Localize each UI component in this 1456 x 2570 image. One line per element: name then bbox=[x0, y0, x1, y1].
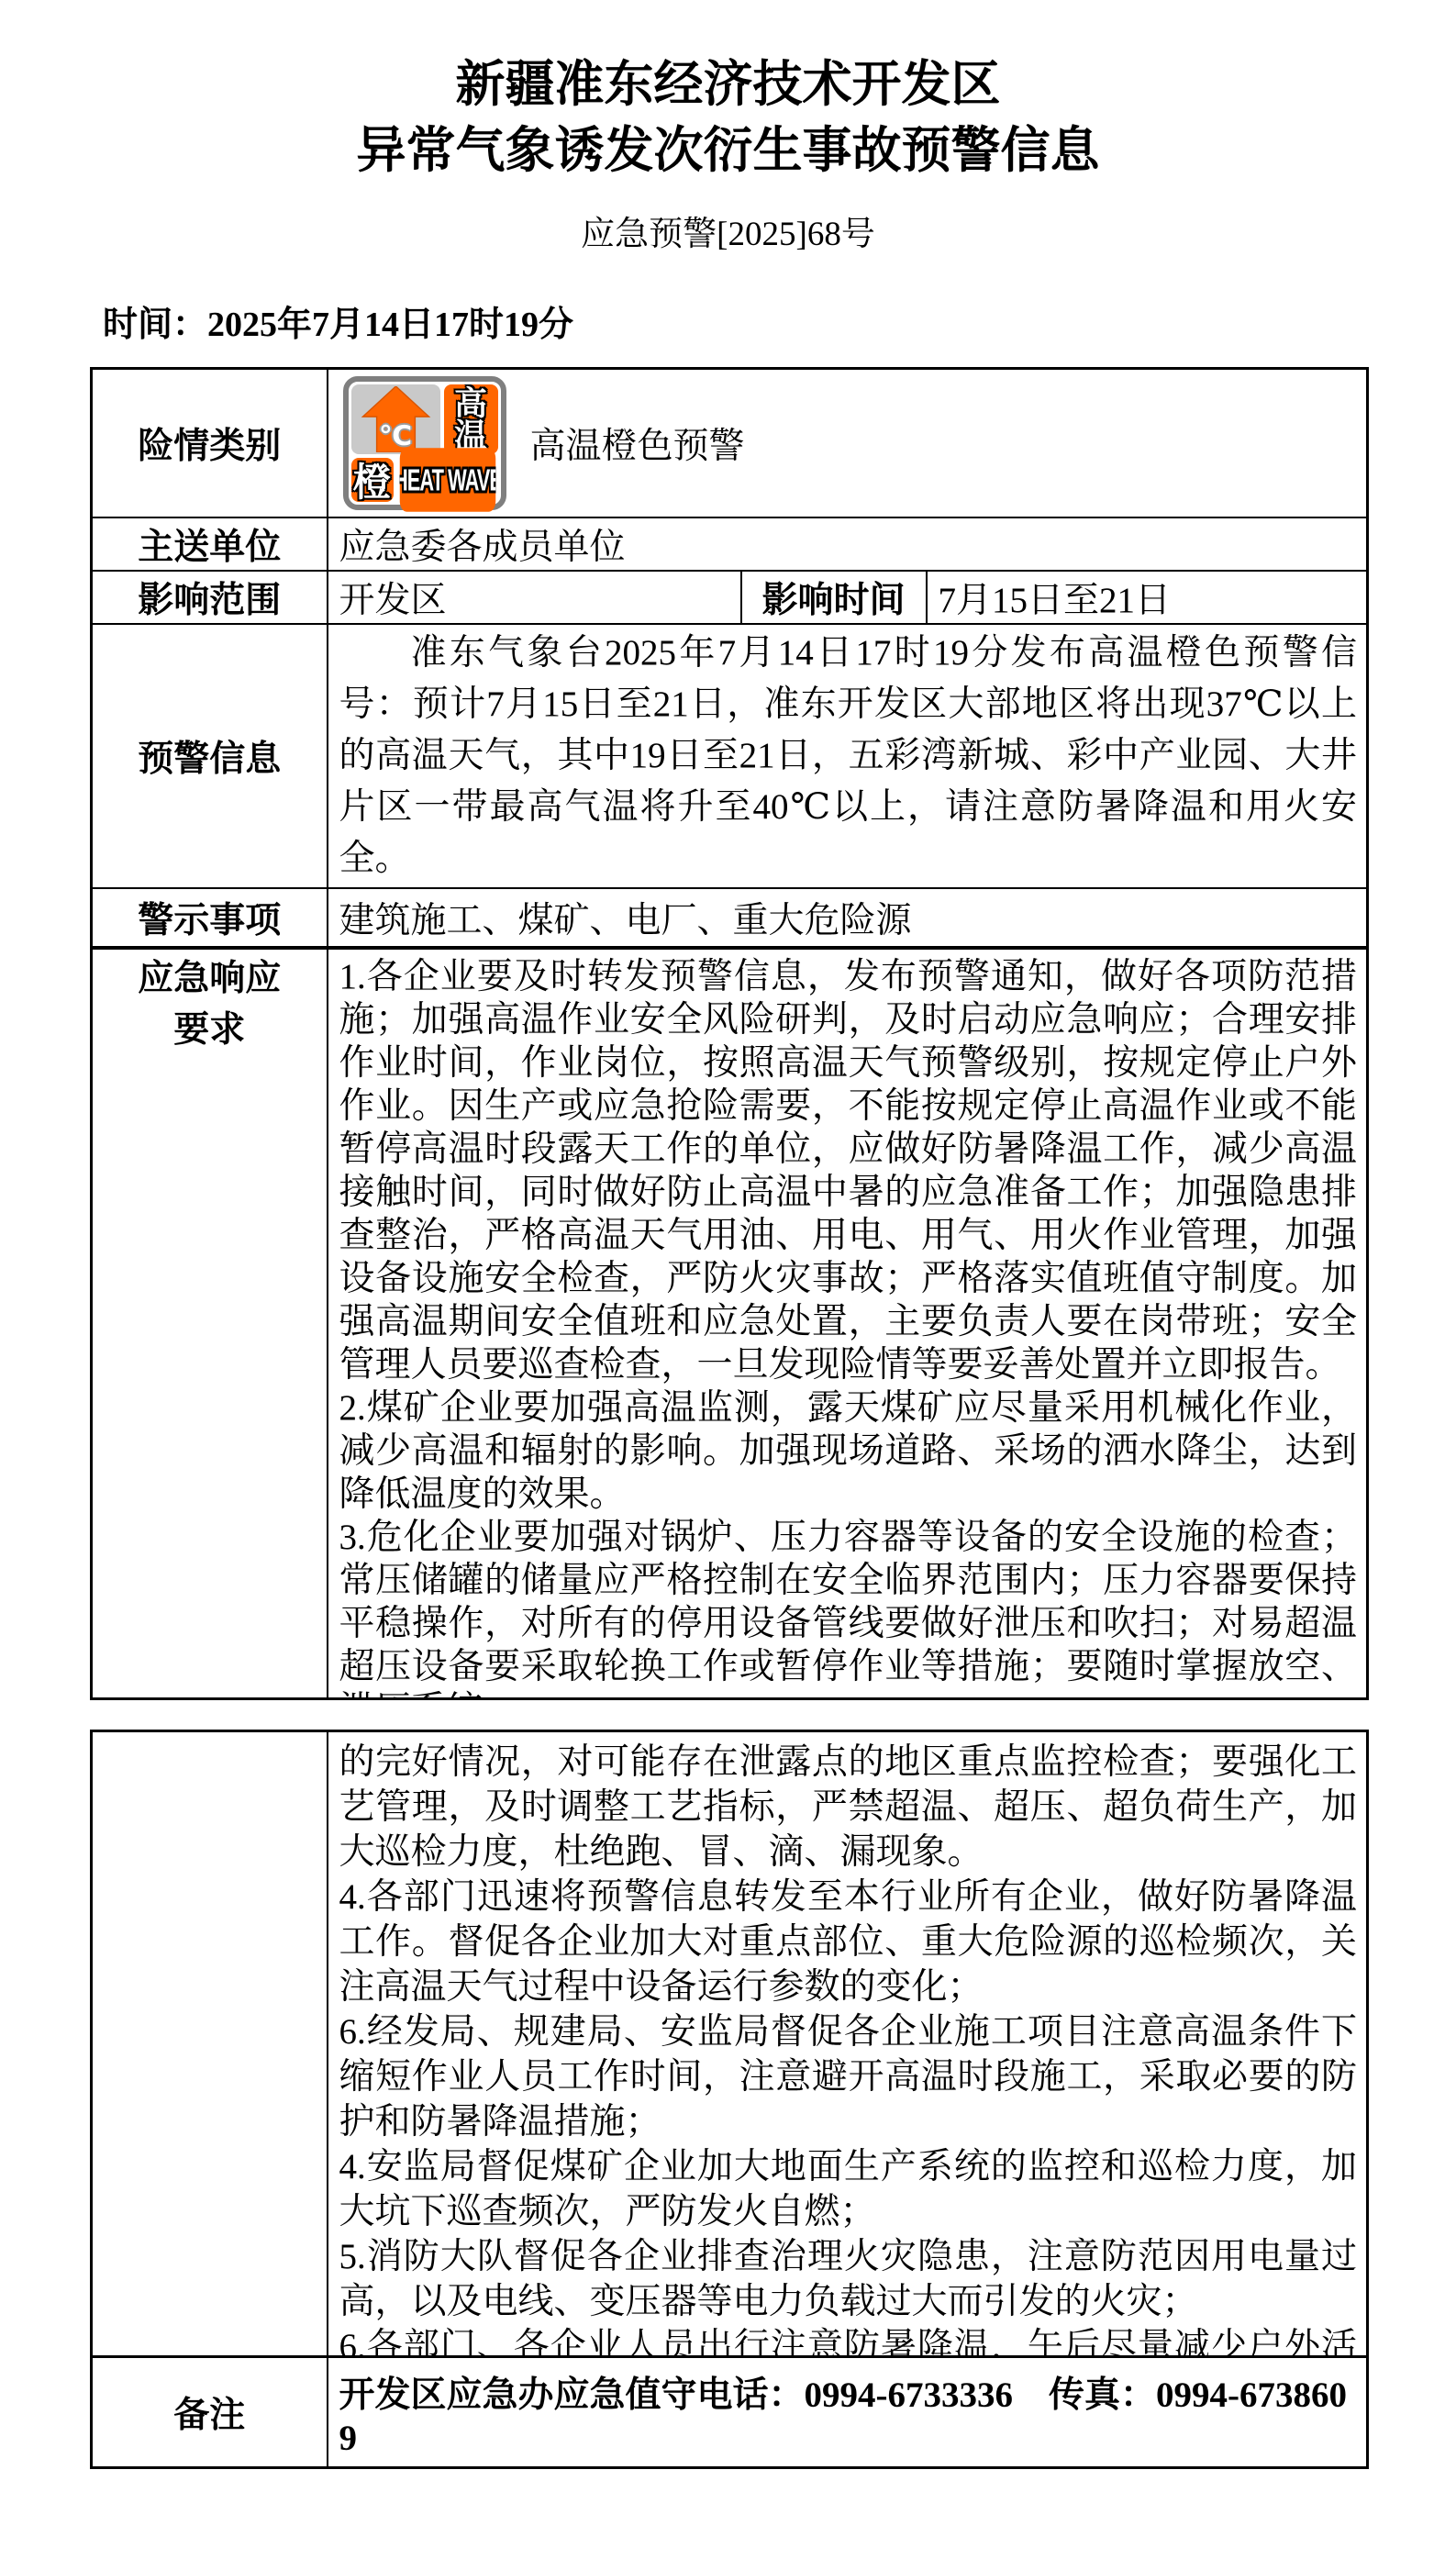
document-page: 新疆准东经济技术开发区 异常气象诱发次衍生事故预警信息 应急预警[2025]68… bbox=[0, 0, 1456, 2469]
paragraph: 6.经发局、规建局、安监局督促各企业施工项目注意高温条件下缩短作业人员工作时间，… bbox=[339, 2009, 1358, 2144]
heat-arrow-icon: ℃ bbox=[351, 384, 440, 454]
warning-items-label: 警示事项 bbox=[92, 888, 328, 948]
response-label-line2: 要求 bbox=[96, 1001, 323, 1052]
paragraph: 2.煤矿企业要加强高温监测，露天煤矿应尽量采用机械化作业，减少高温和辐射的影响。… bbox=[339, 1386, 1358, 1516]
paragraph: 准东气象台2025年7月14日17时19分发布高温橙色预警信号：预计7月15日至… bbox=[339, 628, 1358, 884]
heat-wave-orange-warning-icon: ℃ 高 温 橙 HEAT WAVE bbox=[343, 376, 506, 510]
page-title-line2: 异常气象诱发次衍生事故预警信息 bbox=[90, 117, 1366, 184]
warning-info-label: 预警信息 bbox=[92, 624, 328, 888]
issue-time-label: 时间： bbox=[103, 306, 207, 344]
remark-value: 开发区应急办应急值守电话：0994-6733336 传真：0994-673860… bbox=[328, 2357, 1368, 2468]
recipients-label: 主送单位 bbox=[92, 517, 328, 571]
paragraph: 4.各部门迅速将预警信息转发至本行业所有企业，做好防暑降温工作。督促各企业加大对… bbox=[339, 1875, 1358, 2009]
table-row-remark: 备注 开发区应急办应急值守电话：0994-6733336 传真：0994-673… bbox=[92, 2357, 1368, 2468]
response-text: 1.各企业要及时转发预警信息，发布预警通知，做好各项防范措施；加强高温作业安全风… bbox=[339, 950, 1358, 1694]
page-title-line1: 新疆准东经济技术开发区 bbox=[90, 51, 1366, 117]
table-row-response-continuation: 的完好情况，对可能存在泄露点的地区重点监控检查；要强化工艺管理，及时调整工艺指标… bbox=[92, 1731, 1368, 2357]
continuation-text: 的完好情况，对可能存在泄露点的地区重点监控检查；要强化工艺管理，及时调整工艺指标… bbox=[339, 1732, 1358, 2354]
response-label-line1: 应急响应 bbox=[96, 950, 323, 1001]
response-label: 应急响应 要求 bbox=[92, 948, 328, 1699]
response-cell: 1.各企业要及时转发预警信息，发布预警通知，做好各项防范措施；加强高温作业安全风… bbox=[328, 948, 1368, 1699]
risk-type-value-cell: ℃ 高 温 橙 HEAT WAVE bbox=[328, 369, 1368, 518]
warning-info-text: 准东气象台2025年7月14日17时19分发布高温橙色预警信号：预计7月15日至… bbox=[339, 628, 1358, 884]
paragraph: 5.消防大队督促各企业排查治理火灾隐患，注意防范因用电量过高，以及电线、变压器等… bbox=[339, 2234, 1358, 2324]
risk-type-value: 高温橙色预警 bbox=[530, 417, 745, 469]
remark-label: 备注 bbox=[92, 2357, 328, 2468]
heat-wave-english-text: HEAT WAVE bbox=[399, 448, 495, 512]
temperature-symbol: ℃ bbox=[379, 423, 412, 451]
issue-time: 时间：2025年7月14日17时19分 bbox=[103, 303, 1366, 347]
continuation-empty-label bbox=[92, 1731, 328, 2357]
paragraph: 1.各企业要及时转发预警信息，发布预警通知，做好各项防范措施；加强高温作业安全风… bbox=[339, 955, 1358, 1386]
recipients-value: 应急委各成员单位 bbox=[328, 517, 1368, 571]
table-row-recipients: 主送单位 应急委各成员单位 bbox=[92, 517, 1368, 571]
orange-level-char: 橙 bbox=[351, 458, 394, 502]
paragraph: 6.各部门、各企业人员出行注意防暑降温，午后尽量减少户外活动。 bbox=[339, 2324, 1358, 2357]
area-label: 影响范围 bbox=[92, 571, 328, 624]
table-row-warning-info: 预警信息 准东气象台2025年7月14日17时19分发布高温橙色预警信号：预计7… bbox=[92, 624, 1368, 888]
paragraph: 的完好情况，对可能存在泄露点的地区重点监控检查；要强化工艺管理，及时调整工艺指标… bbox=[339, 1740, 1358, 1875]
table-row-risk-type: 险情类别 ℃ 高 温 bbox=[92, 369, 1368, 518]
area-value: 开发区 bbox=[328, 571, 741, 624]
table-row-warning-items: 警示事项 建筑施工、煤矿、电厂、重大危险源 bbox=[92, 888, 1368, 948]
table-row-affected-area: 影响范围 开发区 影响时间 7月15日至21日 bbox=[92, 571, 1368, 624]
warning-items-value: 建筑施工、煤矿、电厂、重大危险源 bbox=[328, 888, 1368, 948]
impact-time-value: 7月15日至21日 bbox=[927, 571, 1368, 624]
issue-time-value: 2025年7月14日17时19分 bbox=[207, 306, 573, 344]
table-row-response-requirements: 应急响应 要求 1.各企业要及时转发预警信息，发布预警通知，做好各项防范措施；加… bbox=[92, 948, 1368, 1699]
paragraph: 3.危化企业要加强对锅炉、压力容器等设备的安全设施的检查；常压储罐的储量应严格控… bbox=[339, 1516, 1358, 1699]
impact-time-label: 影响时间 bbox=[741, 571, 927, 624]
gaowen-vertical-text: 高 温 bbox=[444, 384, 498, 454]
warning-table-page2: 的完好情况，对可能存在泄露点的地区重点监控检查；要强化工艺管理，及时调整工艺指标… bbox=[90, 1730, 1369, 2469]
doc-number: 应急预警[2025]68号 bbox=[90, 213, 1366, 257]
warning-info-cell: 准东气象台2025年7月14日17时19分发布高温橙色预警信号：预计7月15日至… bbox=[328, 624, 1368, 888]
paragraph: 4.安监局督促煤矿企业加大地面生产系统的监控和巡检力度，加大坑下巡查频次，严防发… bbox=[339, 2144, 1358, 2234]
warning-table-page1: 险情类别 ℃ 高 温 bbox=[90, 367, 1369, 1700]
continuation-cell: 的完好情况，对可能存在泄露点的地区重点监控检查；要强化工艺管理，及时调整工艺指标… bbox=[328, 1731, 1368, 2357]
risk-type-label: 险情类别 bbox=[92, 369, 328, 518]
